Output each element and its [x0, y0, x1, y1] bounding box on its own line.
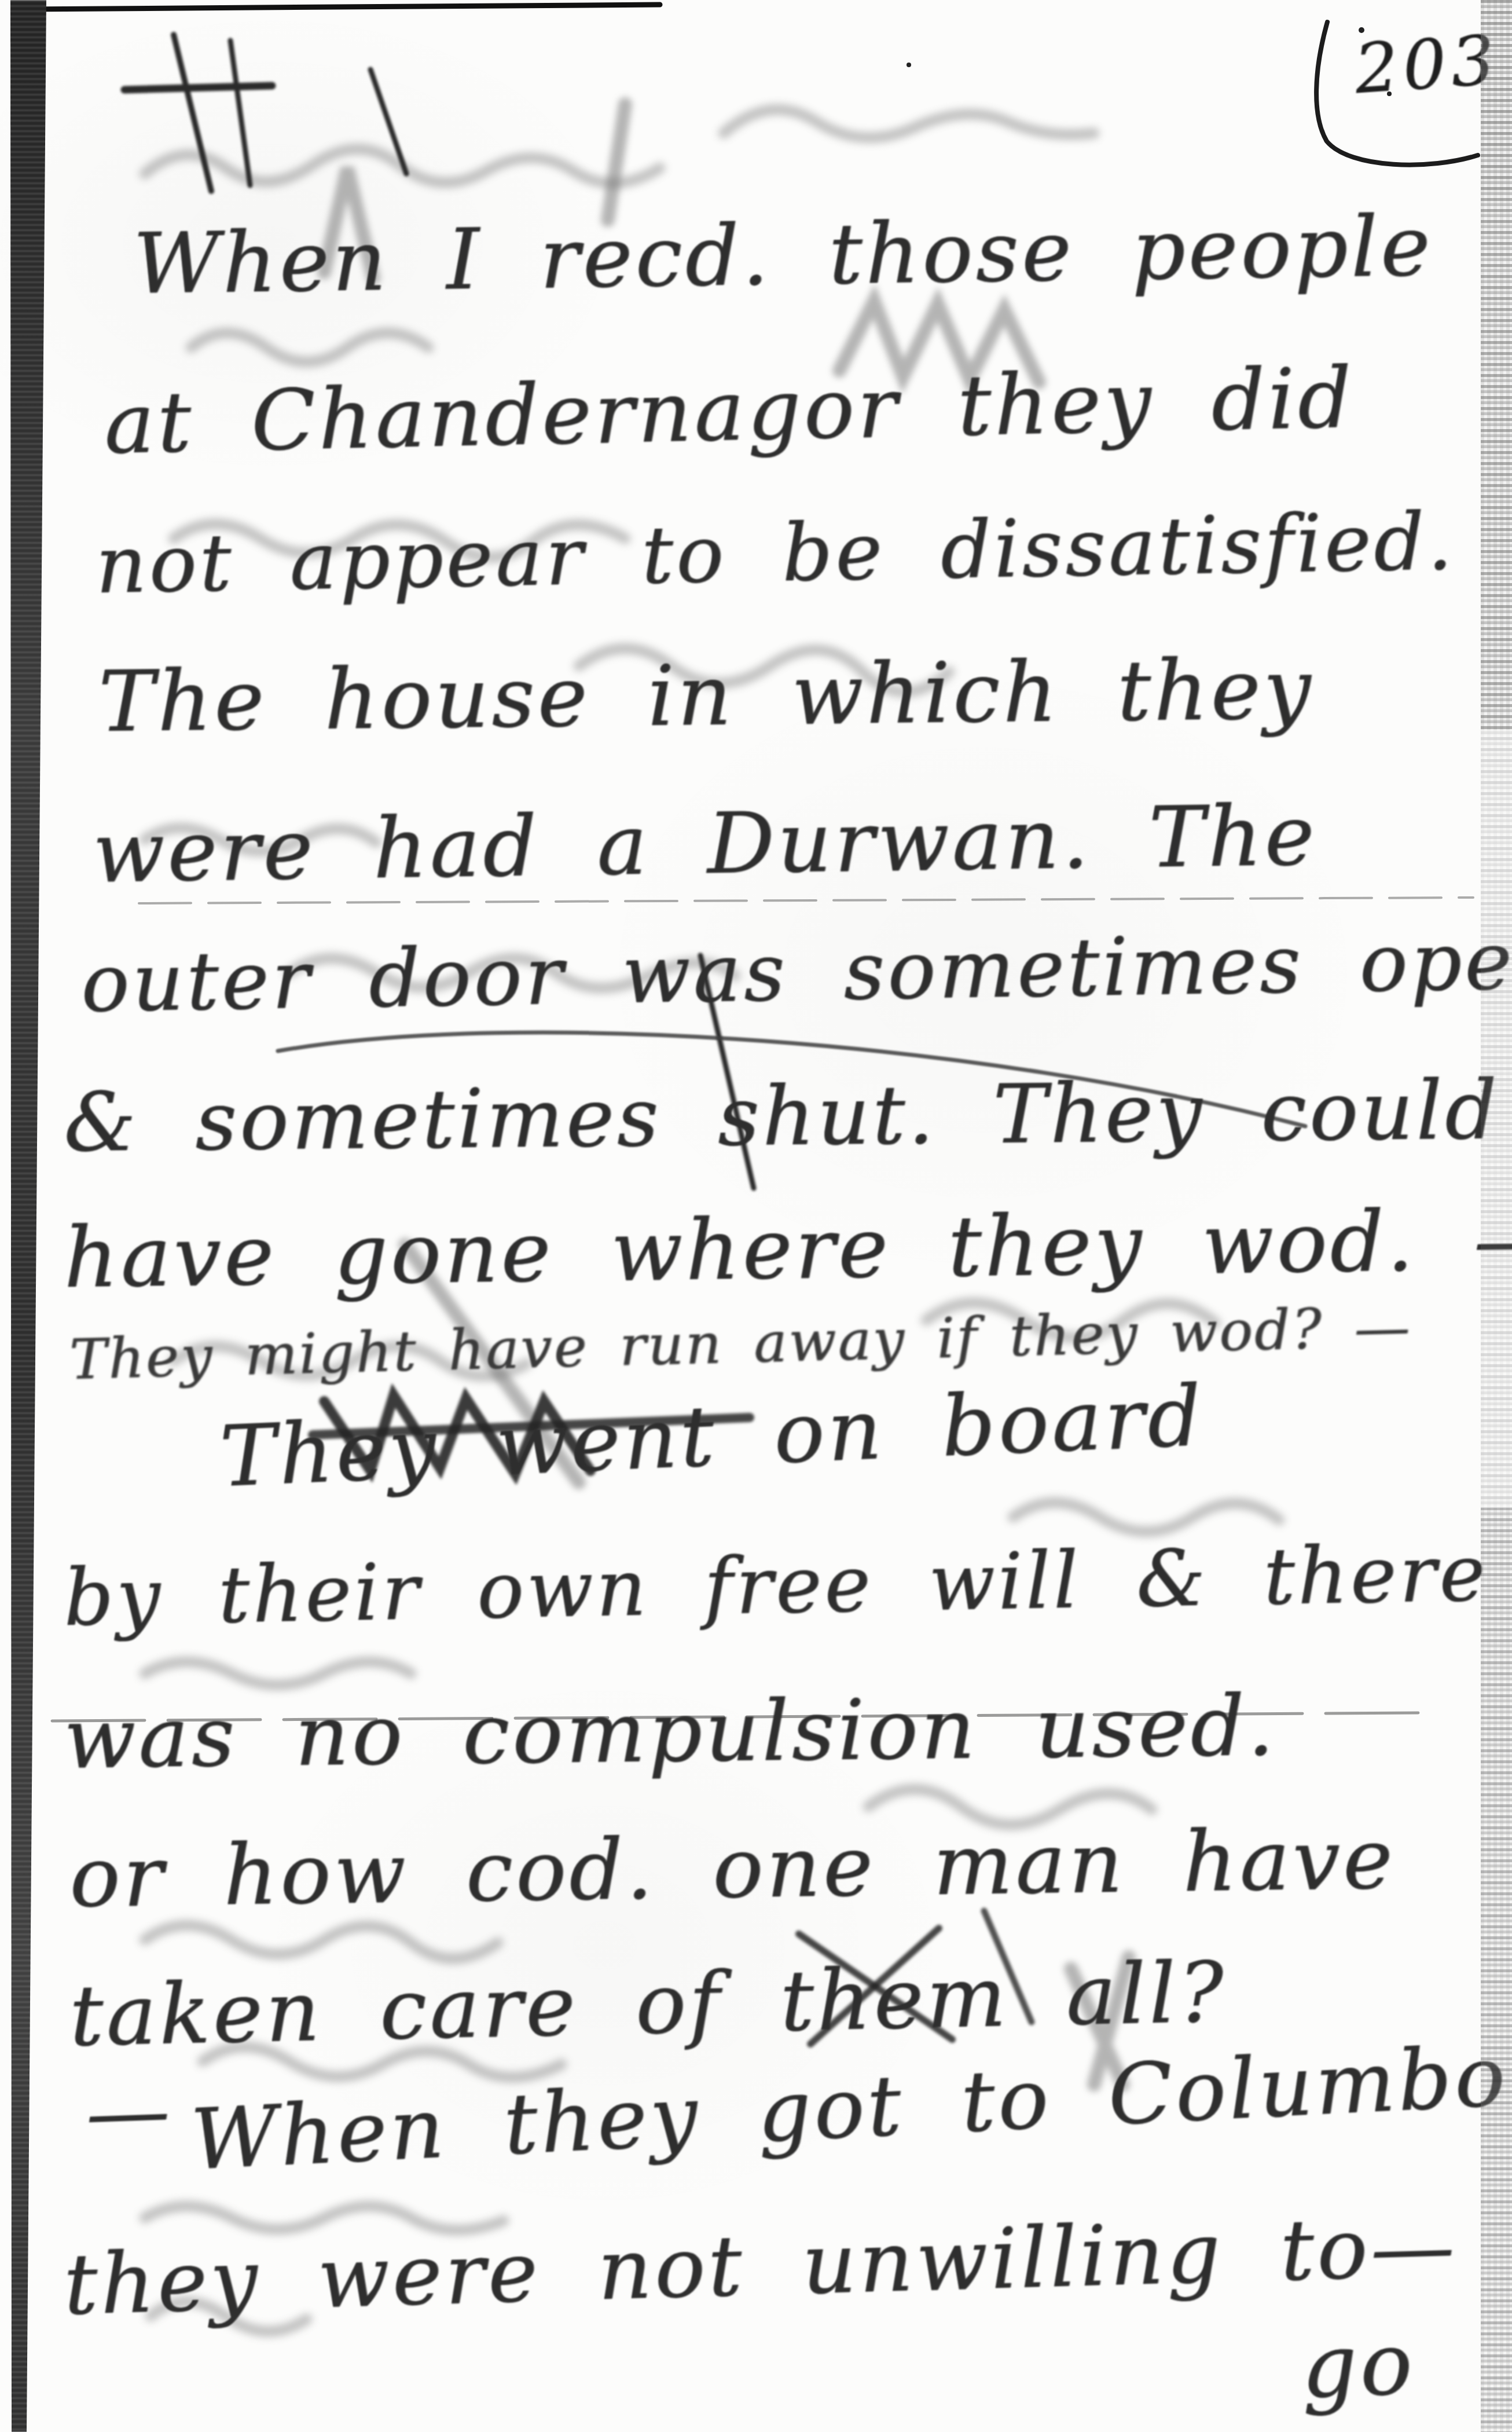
- catchword: go: [1300, 2313, 1416, 2418]
- manuscript-line: were had a Durwan. The: [92, 786, 1318, 902]
- manuscript-line: The house in which they: [98, 640, 1314, 751]
- manuscript-line: & sometimes shut. They could: [63, 1063, 1500, 1170]
- manuscript-page: { "page": { "number": "203" }, "manuscri…: [0, 0, 1512, 2432]
- page-number: 203: [1352, 19, 1501, 109]
- manuscript-line: or how cod. one man have: [69, 1810, 1396, 1926]
- manuscript-line-dash: —: [84, 2061, 174, 2162]
- top-edge-line: [23, 5, 660, 9]
- manuscript-line: was no compulsion used.: [63, 1677, 1277, 1788]
- right-edge-scan-streak: [1481, 0, 1512, 2432]
- manuscript-line: have gone where they wod. —: [63, 1191, 1512, 1307]
- manuscript-line: When I recd. those people: [133, 197, 1434, 313]
